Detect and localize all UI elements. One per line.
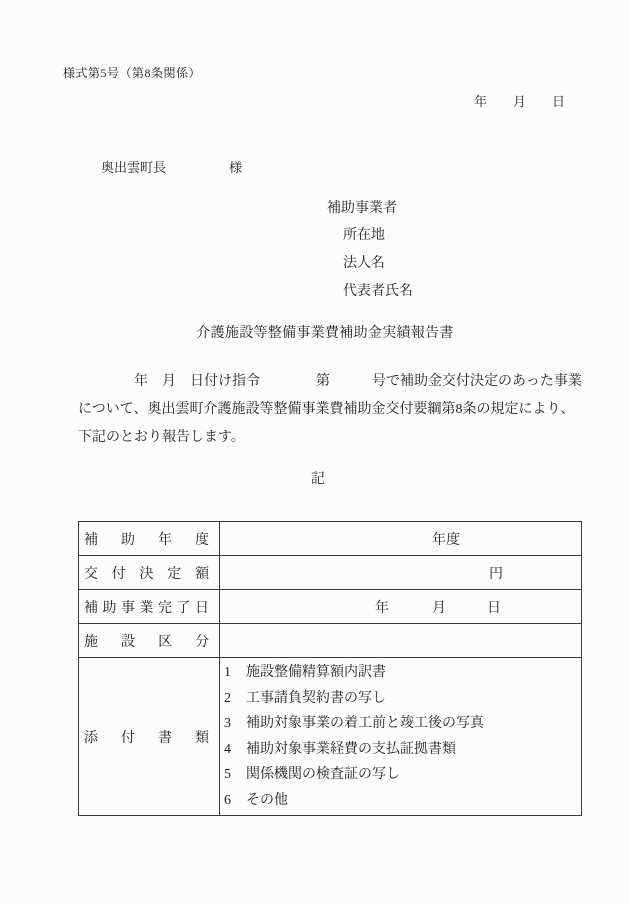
attachment-text: 補助対象事業の着工前と竣工後の写真: [246, 716, 484, 731]
attachment-text: 補助対象事業経費の支払証拠書類: [246, 742, 456, 757]
attachment-text: 施設整備精算額内訳書: [246, 665, 386, 680]
year-suffix-label: 年度: [432, 533, 460, 548]
attachment-number: 5: [224, 762, 246, 788]
attachment-text: 工事請負契約書の写し: [246, 691, 386, 706]
report-table: 補助年度 年度 交付決定額 円 補助事業完了日 年月日 施設区分 添付: [78, 521, 582, 816]
attachment-item-5: 5関係機関の検査証の写し: [224, 762, 581, 788]
row-attachments: 添付書類 1施設整備精算額内訳書 2工事請負契約書の写し 3補助対象事業の着工前…: [79, 658, 582, 816]
attachment-number: 4: [224, 737, 246, 763]
applicant-field-representative: 代表者氏名: [343, 280, 413, 300]
attachment-number: 1: [224, 660, 246, 686]
addressee-line: 奥出雲町長様: [88, 141, 242, 192]
attachment-item-1: 1施設整備精算額内訳書: [224, 660, 581, 686]
value-facility-category: [220, 624, 582, 658]
ki-separator: 記: [0, 468, 630, 488]
row-subsidy-year: 補助年度 年度: [79, 522, 582, 556]
document-title: 介護施設等整備事業費補助金実績報告書: [0, 322, 630, 342]
label-subsidy-year: 補助年度: [79, 529, 219, 549]
row-grant-amount: 交付決定額 円: [79, 556, 582, 590]
applicant-heading: 補助事業者: [327, 197, 397, 217]
document-page: 様式第5号（第8条関係） 年 月 日 奥出雲町長様 補助事業者 所在地 法人名 …: [0, 0, 630, 903]
yen-label: 円: [489, 567, 503, 582]
form-number: 様式第5号（第8条関係）: [63, 64, 201, 81]
attachment-number: 3: [224, 711, 246, 737]
applicant-field-corporation: 法人名: [343, 252, 385, 272]
label-facility-category: 施設区分: [79, 631, 219, 651]
attachment-text: 関係機関の検査証の写し: [246, 767, 400, 782]
issue-date-line: 年 月 日: [474, 91, 565, 110]
addressee-name: 奥出雲町長: [101, 160, 166, 175]
row-completion-date: 補助事業完了日 年月日: [79, 590, 582, 624]
attachments-list: 1施設整備精算額内訳書 2工事請負契約書の写し 3補助対象事業の着工前と竣工後の…: [220, 658, 582, 816]
body-line-1: 年 月 日付け指令 第 号で補助金交付決定のあった事業: [78, 368, 584, 396]
row-facility-category: 施設区分: [79, 624, 582, 658]
body-line-2: について、奥出雲町介護施設等整備事業費補助金交付要綱第8条の規定により、: [78, 396, 584, 424]
attachment-item-4: 4補助対象事業経費の支払証拠書類: [224, 737, 581, 763]
label-attachments: 添付書類: [79, 727, 219, 747]
honorific-label: 様: [229, 160, 242, 175]
label-completion-date: 補助事業完了日: [79, 597, 219, 617]
attachment-item-3: 3補助対象事業の着工前と竣工後の写真: [224, 711, 581, 737]
body-paragraph: 年 月 日付け指令 第 号で補助金交付決定のあった事業 について、奥出雲町介護施…: [78, 368, 584, 452]
month-label: 月: [432, 601, 446, 616]
attachment-item-2: 2工事請負契約書の写し: [224, 686, 581, 712]
value-subsidy-year: 年度: [220, 522, 582, 556]
attachment-number: 2: [224, 686, 246, 712]
attachment-text: その他: [246, 793, 288, 808]
day-label: 日: [487, 601, 501, 616]
year-label: 年: [375, 601, 389, 616]
attachment-item-6: 6その他: [224, 788, 581, 814]
attachment-number: 6: [224, 788, 246, 814]
body-line-3: 下記のとおり報告します。: [78, 424, 584, 452]
value-completion-date: 年月日: [220, 590, 582, 624]
applicant-field-address: 所在地: [343, 224, 385, 244]
label-grant-amount: 交付決定額: [79, 563, 219, 583]
value-grant-amount: 円: [220, 556, 582, 590]
